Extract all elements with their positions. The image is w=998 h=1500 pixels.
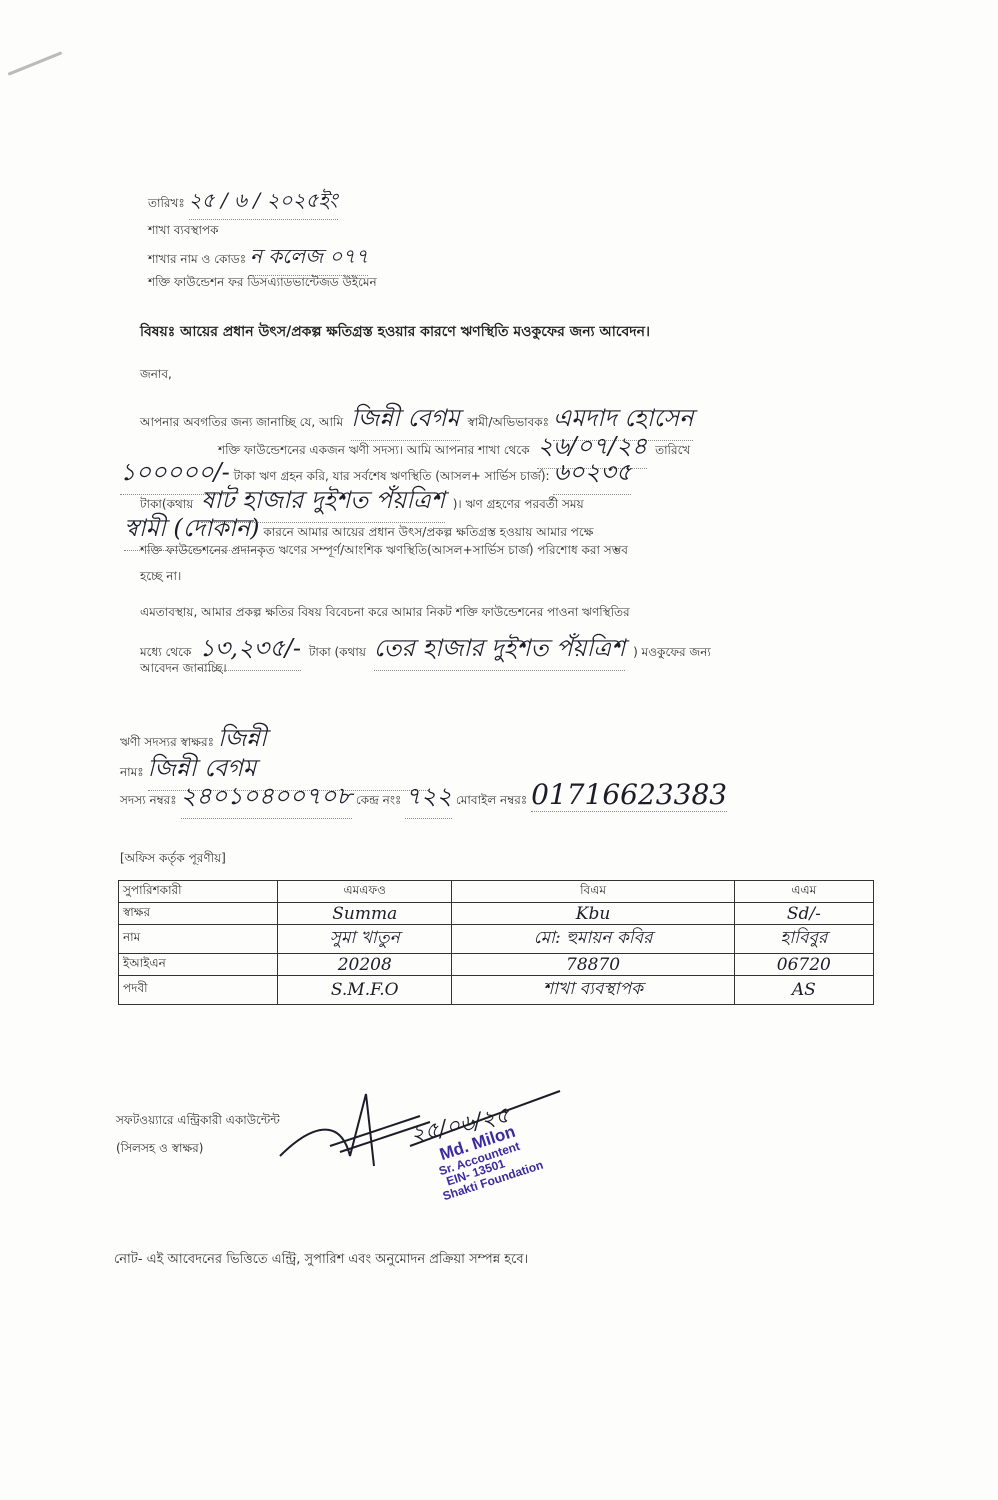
- name-label: নামঃ: [120, 765, 144, 779]
- salutation: জনাব,: [140, 366, 172, 386]
- table-row: স্বাক্ষর Summa Kbu Sd/-: [119, 903, 874, 925]
- table-row: ইআইএন 20208 78870 06720: [119, 954, 874, 976]
- para2-line3: আবেদন জানাচ্ছি।: [140, 660, 227, 680]
- table-cell: মো: হুমায়ন কবির: [452, 925, 734, 954]
- para-text: ) মওকুফের জন্য: [633, 645, 711, 659]
- branch-label: শাখার নাম ও কোডঃ: [148, 252, 246, 266]
- row-label: পদবী: [119, 976, 278, 1005]
- table-cell: Kbu: [452, 903, 734, 925]
- para-text: টাকা(কথায়: [140, 497, 193, 511]
- accountant-sublabel: (সিলসহ ও স্বাক্ষর): [116, 1140, 203, 1160]
- table-header-row: সুপারিশকারী এমএফও বিএম এএম: [119, 881, 874, 903]
- para1-line7: হচ্ছে না।: [140, 568, 181, 588]
- office-section-title: [অফিস কর্তৃক পূরণীয়]: [120, 850, 226, 870]
- table-cell: 78870: [452, 954, 734, 976]
- table-cell: 06720: [734, 954, 873, 976]
- signature-label: ঋণী সদস্যর স্বাক্ষরঃ: [120, 735, 214, 749]
- branch-value: ন কলেজ ০৭৭: [250, 242, 369, 276]
- branch-row: শাখার নাম ও কোডঃ ন কলেজ ০৭৭: [148, 242, 368, 276]
- row-label: ইআইএন: [119, 954, 278, 976]
- row-label: স্বাক্ষর: [119, 903, 278, 925]
- org-line: শক্তি ফাউন্ডেশন ফর ডিসএ্যাডভান্টেজড উইমে…: [148, 274, 377, 294]
- para-text: আপনার অবগতির জন্য জানাচ্ছি যে, আমি: [140, 415, 343, 429]
- waiver-words-handwritten: তের হাজার দুইশত পঁয়ত্রিশ: [374, 630, 625, 671]
- table-cell: Sd/-: [734, 903, 873, 925]
- kendra-label: কেন্দ্র নংঃ: [356, 793, 402, 807]
- subject-line: বিষয়ঃ আয়ের প্রধান উৎস/প্রকল্প ক্ষতিগ্র…: [140, 320, 650, 344]
- accountant-label: সফটওয়্যারে এন্ট্রিকারী একাউন্টেন্ট: [116, 1112, 280, 1132]
- addressee-line: শাখা ব্যবস্থাপক: [148, 222, 219, 242]
- table-header-cell: বিএম: [452, 881, 734, 903]
- date-row: তারিখঃ ২৫ / ৬ / ২০২৫ইং: [148, 186, 338, 220]
- member-signature-handwritten: জিন্নী: [218, 724, 267, 752]
- date-value: ২৫ / ৬ / ২০২৫ইং: [189, 186, 338, 220]
- table-cell: 20208: [278, 954, 452, 976]
- table-cell: সুমা খাতুন: [278, 925, 452, 954]
- office-recommendation-table: সুপারিশকারী এমএফও বিএম এএম স্বাক্ষর Summ…: [118, 880, 874, 1005]
- para-text: টাকা (কথায়: [309, 645, 366, 659]
- para-text: কারনে আমার আয়ের প্রধান উৎস/প্রকল্প ক্ষত…: [263, 525, 593, 539]
- table-header-cell: সুপারিশকারী: [119, 881, 278, 903]
- kendra-handwritten: ৭২২: [405, 778, 452, 819]
- para-text: স্বামী/অভিভাবকঃ: [468, 415, 550, 429]
- stray-pen-mark: [8, 51, 63, 76]
- table-cell: Summa: [278, 903, 452, 925]
- table-cell: শাখা ব্যবস্থাপক: [452, 976, 734, 1005]
- table-cell: AS: [734, 976, 873, 1005]
- para-text: টাকা ঋণ গ্রহন করি, যার সর্বশেষ ঋণস্থিতি …: [234, 469, 550, 483]
- member-details-row: সদস্য নম্বরঃ ২৪০১০৪০০৭০৮ কেন্দ্র নংঃ ৭২২…: [120, 778, 727, 819]
- table-header-cell: এএম: [734, 881, 873, 903]
- para-text: তারিখে: [655, 443, 690, 457]
- table-row: নাম সুমা খাতুন মো: হুমায়ন কবির হাবিবুর: [119, 925, 874, 954]
- table-cell: S.M.F.O: [278, 976, 452, 1005]
- date-label: তারিখঃ: [148, 196, 185, 210]
- mobile-handwritten: 01716623383: [531, 778, 727, 812]
- footer-note: নোট- এই আবেদনের ভিত্তিতে এন্ট্রি, সুপারি…: [114, 1250, 528, 1271]
- para2-line1: এমতাবস্থায়, আমার প্রকল্প ক্ষতির বিষয় ব…: [140, 604, 630, 624]
- para-text: মধ্যে থেকে: [140, 645, 191, 659]
- table-header-cell: এমএফও: [278, 881, 452, 903]
- table-cell: হাবিবুর: [734, 925, 873, 954]
- para-text: )। ঋণ গ্রহণের পরবর্তী সময়: [453, 497, 584, 511]
- row-label: নাম: [119, 925, 278, 954]
- mobile-label: মোবাইল নম্বরঃ: [456, 793, 527, 807]
- table-row: পদবী S.M.F.O শাখা ব্যবস্থাপক AS: [119, 976, 874, 1005]
- member-no-handwritten: ২৪০১০৪০০৭০৮: [181, 778, 353, 819]
- para1-line6: শক্তি ফাউন্ডেশনের প্রদানকৃত ঋণের সম্পূর্…: [140, 542, 628, 562]
- member-no-label: সদস্য নম্বরঃ: [120, 793, 177, 807]
